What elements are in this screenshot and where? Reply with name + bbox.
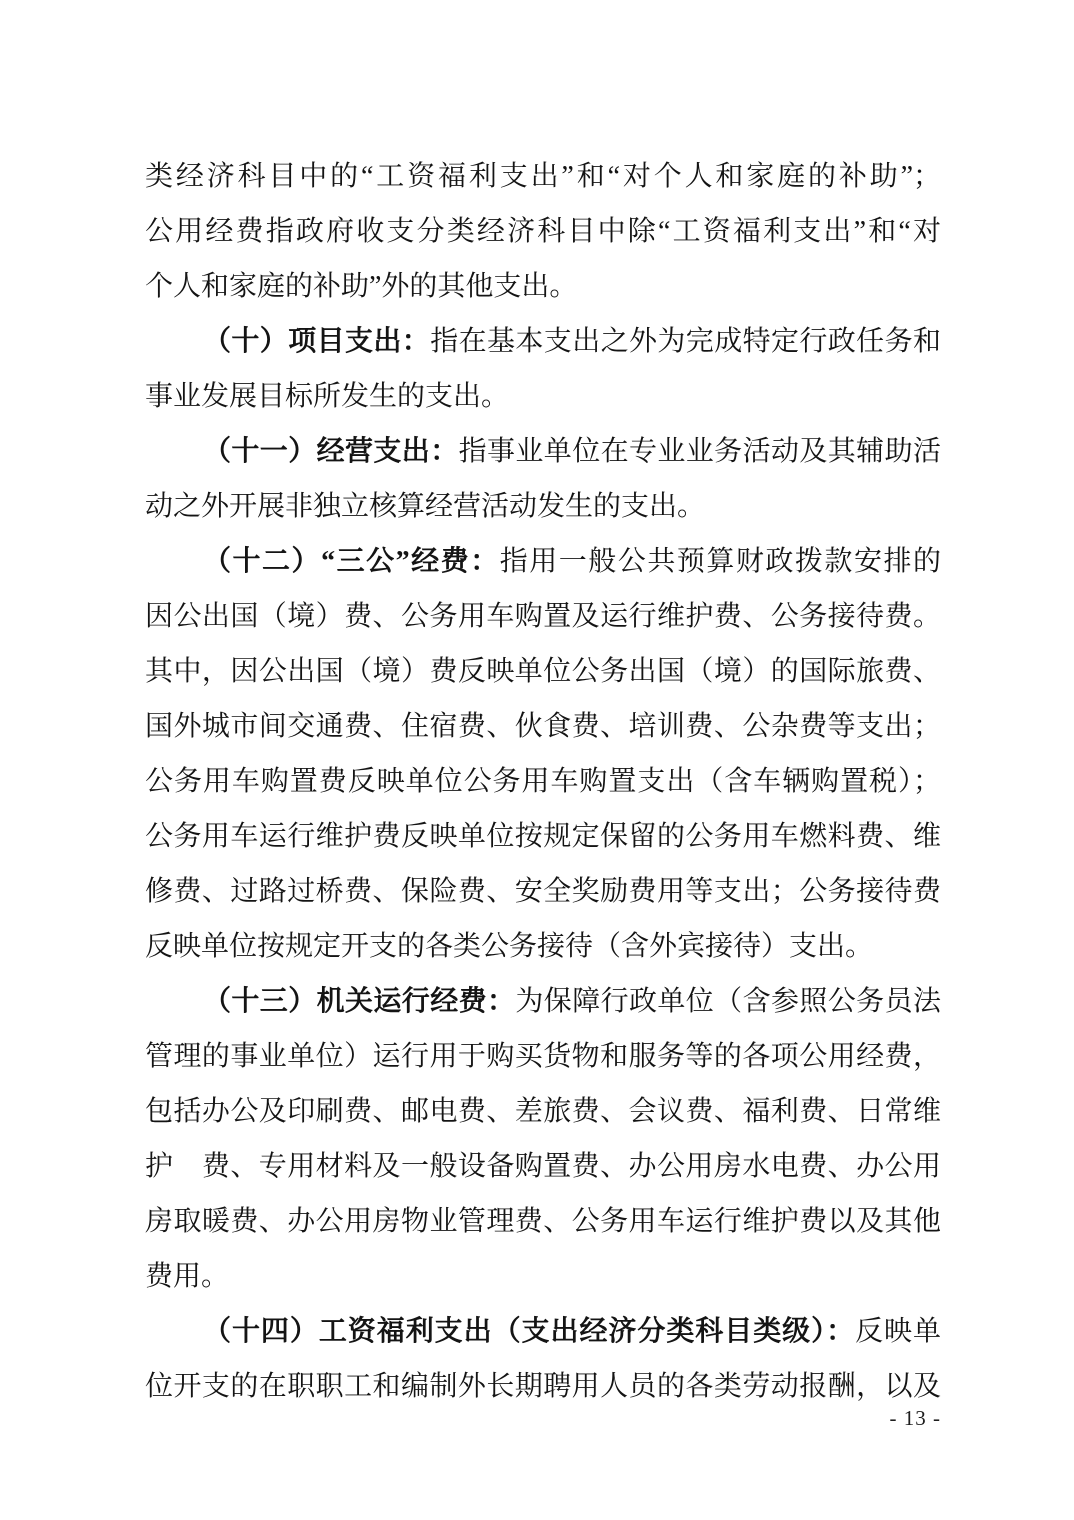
section-heading: （十二）“三公”经费： — [203, 546, 500, 577]
text-line: 个人和家庭的补助”外的其他支出。 — [145, 259, 941, 314]
document-page: 类经济科目中的“工资福利支出”和“对个人和家庭的补助”；公用经费指政府收支分类经… — [0, 0, 1074, 1520]
text-line: 其中，因公出国（境）费反映单位公务出国（境）的国际旅费、 — [145, 644, 941, 699]
text-line: 公务用车购置费反映单位公务用车购置支出（含车辆购置税）； — [145, 754, 941, 809]
section-heading: （十）项目支出： — [203, 326, 430, 357]
text-line: 类经济科目中的“工资福利支出”和“对个人和家庭的补助”； — [145, 149, 941, 204]
text-line: 位开支的在职职工和编制外长期聘用人员的各类劳动报酬，以及 — [145, 1359, 941, 1414]
text-line: （十一）经营支出：指事业单位在专业业务活动及其辅助活 — [145, 424, 941, 479]
text-segment: 反映单 — [855, 1316, 941, 1347]
text-line: 动之外开展非独立核算经营活动发生的支出。 — [145, 479, 941, 534]
text-line: 国外城市间交通费、住宿费、伙食费、培训费、公杂费等支出； — [145, 699, 941, 754]
text-line: （十二）“三公”经费：指用一般公共预算财政拨款安排的 — [145, 534, 941, 589]
text-line: 事业发展目标所发生的支出。 — [145, 369, 941, 424]
text-segment: 修费、过路过桥费、保险费、安全奖励费用等支出；公务接待费 — [145, 876, 941, 907]
text-line: 公用经费指政府收支分类经济科目中除“工资福利支出”和“对 — [145, 204, 941, 259]
text-line: （十）项目支出：指在基本支出之外为完成特定行政任务和 — [145, 314, 941, 369]
text-segment: 包括办公及印刷费、邮电费、差旅费、会议费、福利费、日常维 — [145, 1096, 941, 1127]
text-line: 房取暖费、办公用房物业管理费、公务用车运行维护费以及其他 — [145, 1194, 941, 1249]
text-line: 修费、过路过桥费、保险费、安全奖励费用等支出；公务接待费 — [145, 864, 941, 919]
text-segment: 国外城市间交通费、住宿费、伙食费、培训费、公杂费等支出； — [145, 711, 941, 742]
text-line: 费用。 — [145, 1249, 941, 1304]
text-segment: 房取暖费、办公用房物业管理费、公务用车运行维护费以及其他 — [145, 1206, 941, 1237]
text-segment: 护 费、专用材料及一般设备购置费、办公用房水电费、办公用 — [145, 1151, 941, 1182]
text-segment: 因公出国（境）费、公务用车购置及运行维护费、公务接待费。 — [145, 601, 941, 632]
text-line: 反映单位按规定开支的各类公务接待（含外宾接待）支出。 — [145, 919, 941, 974]
text-segment: 管理的事业单位）运行用于购买货物和服务等的各项公用经费， — [145, 1041, 941, 1072]
text-line: （十四）工资福利支出（支出经济分类科目类级）：反映单 — [145, 1304, 941, 1359]
text-line: 因公出国（境）费、公务用车购置及运行维护费、公务接待费。 — [145, 589, 941, 644]
page-number: - 13 - — [890, 1404, 942, 1432]
text-segment: 动之外开展非独立核算经营活动发生的支出。 — [145, 491, 705, 522]
text-line: 公务用车运行维护费反映单位按规定保留的公务用车燃料费、维 — [145, 809, 941, 864]
document-body: 类经济科目中的“工资福利支出”和“对个人和家庭的补助”；公用经费指政府收支分类经… — [145, 149, 941, 1414]
section-heading: （十四）工资福利支出（支出经济分类科目类级）： — [203, 1316, 855, 1347]
text-segment: 公务用车购置费反映单位公务用车购置支出（含车辆购置税）； — [145, 766, 941, 797]
text-line: 管理的事业单位）运行用于购买货物和服务等的各项公用经费， — [145, 1029, 941, 1084]
text-segment: 其中，因公出国（境）费反映单位公务出国（境）的国际旅费、 — [145, 656, 941, 687]
text-segment: 位开支的在职职工和编制外长期聘用人员的各类劳动报酬，以及 — [145, 1371, 941, 1402]
text-line: 护 费、专用材料及一般设备购置费、办公用房水电费、办公用 — [145, 1139, 941, 1194]
text-line: （十三）机关运行经费：为保障行政单位（含参照公务员法 — [145, 974, 941, 1029]
section-heading: （十一）经营支出： — [203, 436, 459, 467]
text-line: 包括办公及印刷费、邮电费、差旅费、会议费、福利费、日常维 — [145, 1084, 941, 1139]
text-segment: 指在基本支出之外为完成特定行政任务和 — [430, 326, 941, 357]
text-segment: 指事业单位在专业业务活动及其辅助活 — [459, 436, 941, 467]
text-segment: 个人和家庭的补助”外的其他支出。 — [145, 271, 577, 302]
text-segment: 事业发展目标所发生的支出。 — [145, 381, 509, 412]
text-segment: 指用一般公共预算财政拨款安排的 — [500, 546, 941, 577]
section-heading: （十三）机关运行经费： — [203, 986, 515, 1017]
text-segment: 类经济科目中的“工资福利支出”和“对个人和家庭的补助”； — [145, 161, 941, 192]
text-segment: 公用经费指政府收支分类经济科目中除“工资福利支出”和“对 — [145, 216, 941, 247]
text-segment: 为保障行政单位（含参照公务员法 — [515, 986, 941, 1017]
text-segment: 费用。 — [145, 1261, 229, 1292]
text-segment: 反映单位按规定开支的各类公务接待（含外宾接待）支出。 — [145, 931, 873, 962]
text-segment: 公务用车运行维护费反映单位按规定保留的公务用车燃料费、维 — [145, 821, 941, 852]
